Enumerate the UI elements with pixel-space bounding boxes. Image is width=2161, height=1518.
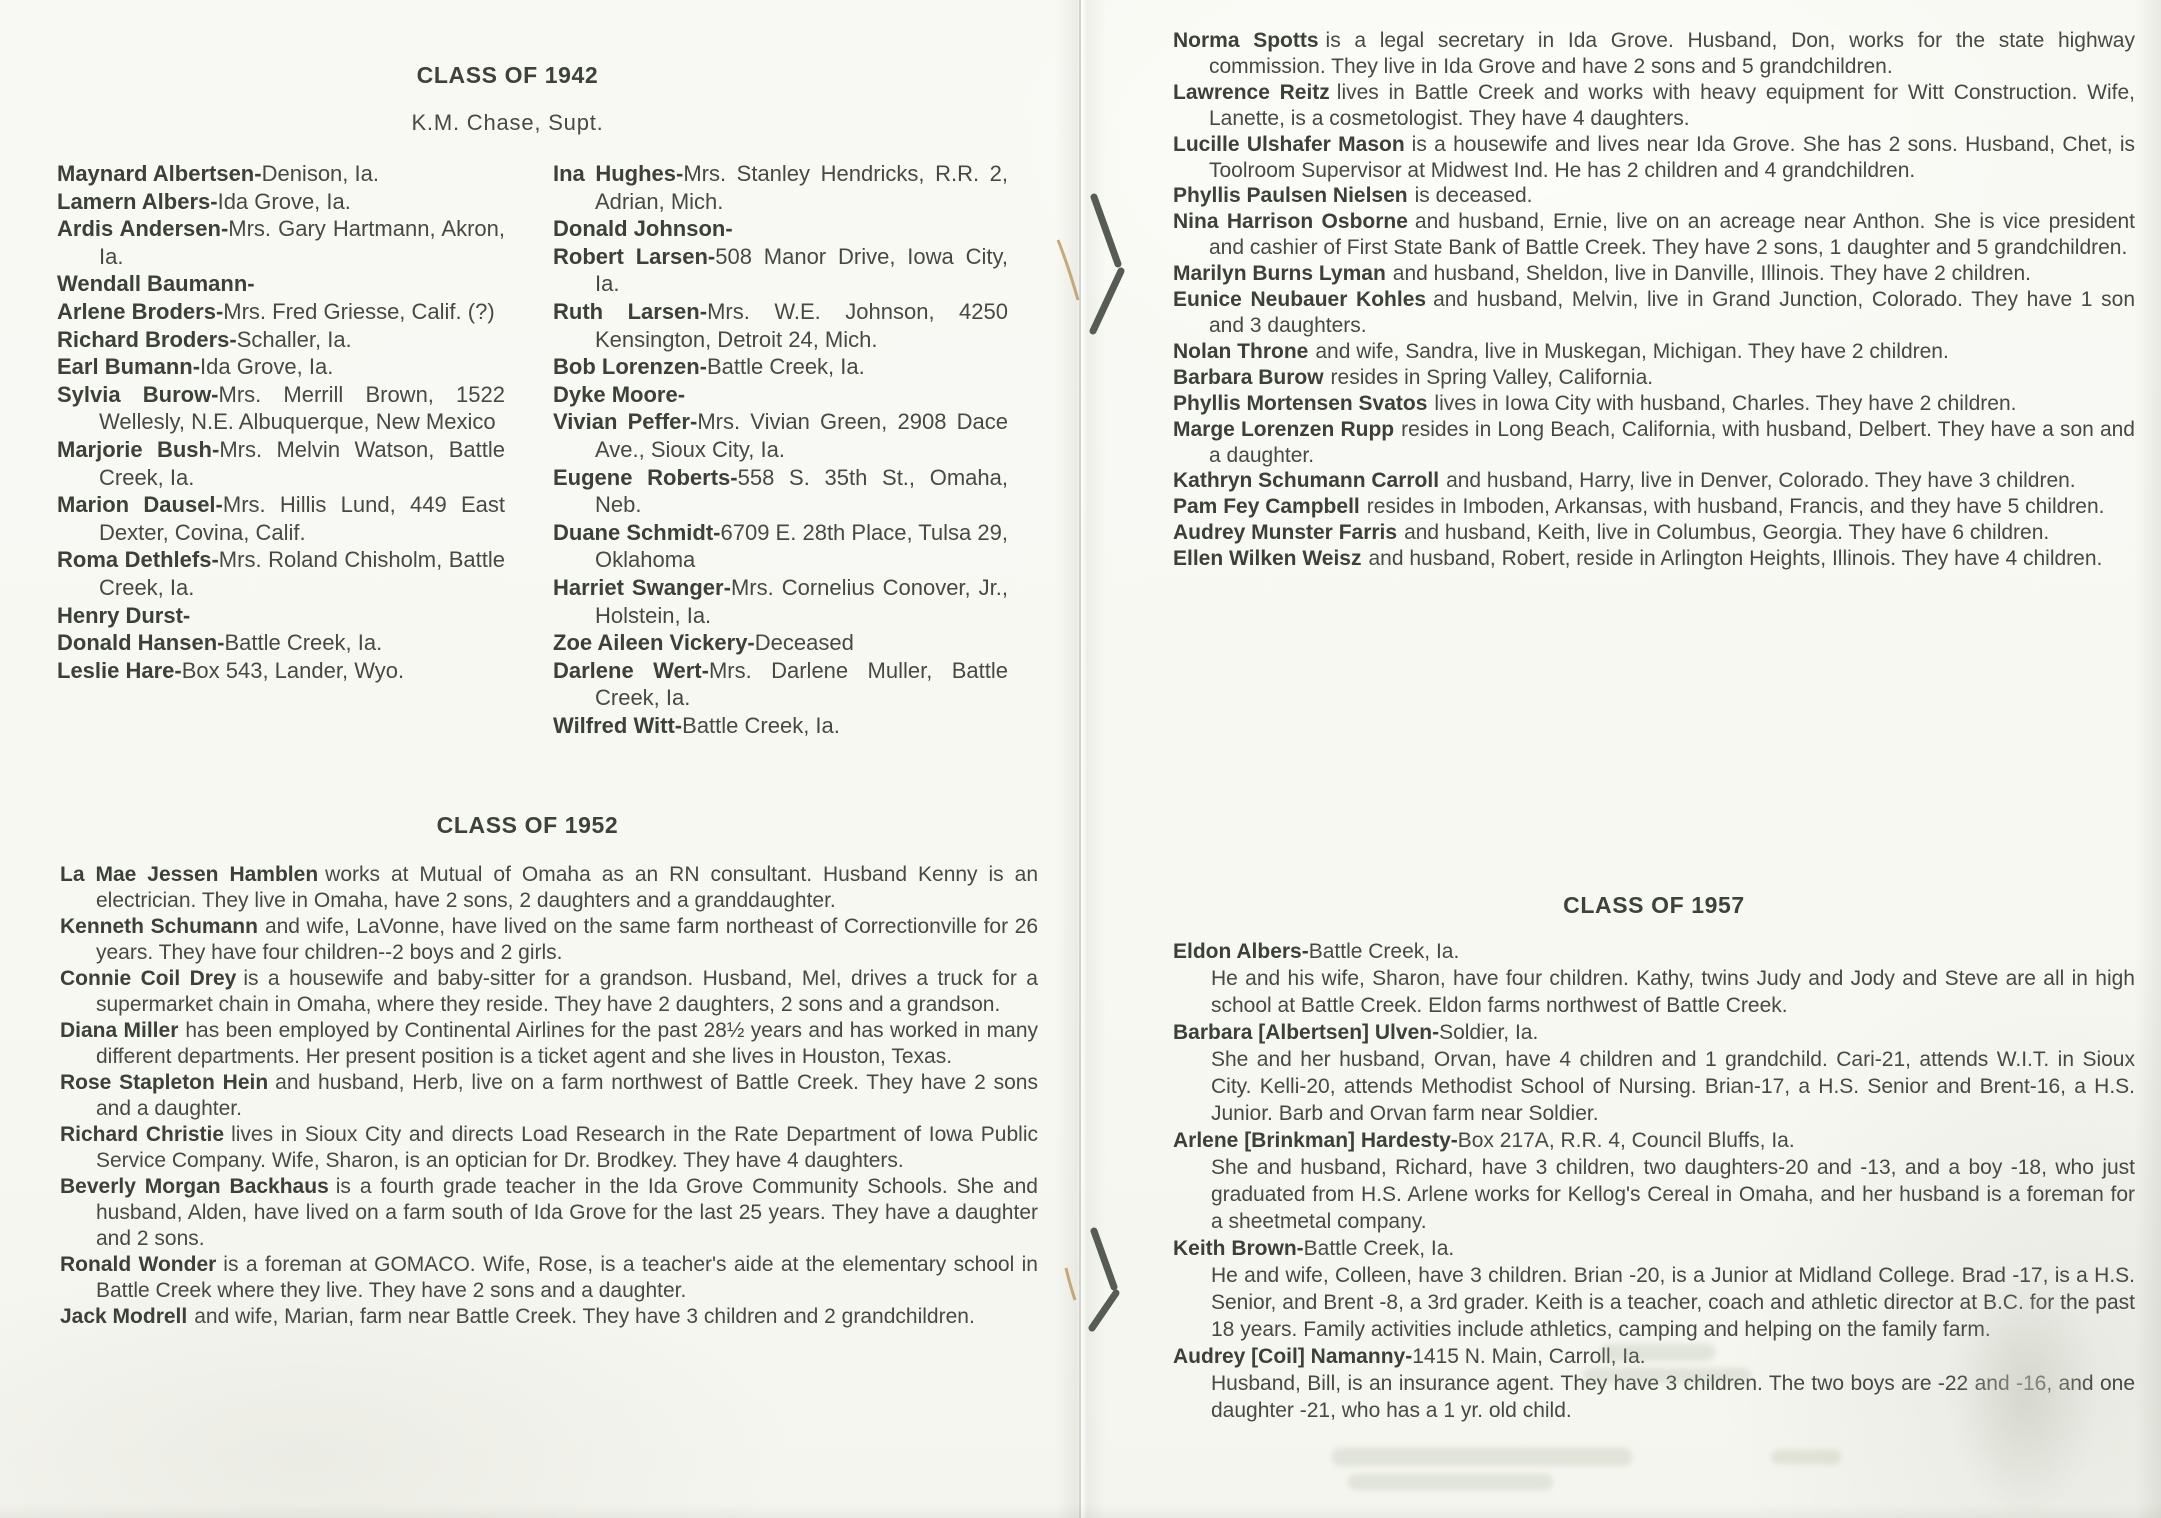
alumni-name: Richard Christie <box>60 1123 224 1146</box>
alumni-name: Arlene Broders- <box>57 299 223 324</box>
alumni-name: Ronald Wonder <box>60 1253 216 1276</box>
alumni-info: and husband, Robert, reside in Arlington… <box>1368 547 2102 570</box>
alumni-entry: Nina Harrison Osborneand husband, Ernie,… <box>1173 209 2135 261</box>
alumni-entry: Marjorie Bush-Mrs. Melvin Watson, Battle… <box>57 436 505 491</box>
alumni-entry: Roma Dethlefs-Mrs. Roland Chisholm, Batt… <box>57 546 505 601</box>
alumni-entry: Wendall Baumann- <box>57 270 505 298</box>
alumni-entry: Arlene Broders-Mrs. Fred Griesse, Calif.… <box>57 298 505 326</box>
alumni-entry: Maynard Albertsen-Denison, Ia. <box>57 160 505 188</box>
alumni-info: Battle Creek, Ia. <box>682 713 840 738</box>
alumni-entry: Harriet Swanger-Mrs. Cornelius Conover, … <box>553 574 1008 629</box>
alumni-entry: Wilfred Witt-Battle Creek, Ia. <box>553 712 1008 740</box>
alumni-entry: Earl Bumann-Ida Grove, Ia. <box>57 353 505 381</box>
alumni-info: Mrs. Fred Griesse, Calif. (?) <box>223 299 494 324</box>
alumni-name: Sylvia Burow- <box>57 382 219 407</box>
ghost-text-mark <box>1348 1474 1553 1490</box>
alumni-name: Harriet Swanger- <box>553 575 731 600</box>
page-edge-shade <box>2135 0 2161 1518</box>
alumni-name: Phyllis Paulsen Nielsen <box>1173 184 1408 207</box>
alumni-name: Donald Hansen- <box>57 630 224 655</box>
alumni-entry: Kathryn Schumann Carrolland husband, Har… <box>1173 468 2135 494</box>
alumni-entry: La Mae Jessen Hamblenworks at Mutual of … <box>60 862 1038 914</box>
alumni-name: Wendall Baumann- <box>57 271 255 296</box>
alumni-name: Phyllis Mortensen Svatos <box>1173 392 1427 415</box>
alumni-name: Beverly Morgan Backhaus <box>60 1175 329 1198</box>
alumni-name: Barbara Burow <box>1173 366 1324 389</box>
alumni-name: La Mae Jessen Hamblen <box>60 863 318 886</box>
alumni-name: Kathryn Schumann Carroll <box>1173 469 1439 492</box>
alumni-name: Eldon Albers- <box>1173 940 1309 963</box>
alumni-name: Arlene [Brinkman] Hardesty- <box>1173 1129 1458 1152</box>
superintendent-line: K.M. Chase, Supt. <box>55 110 960 136</box>
alumni-entry: Jack Modrelland wife, Marian, farm near … <box>60 1304 1038 1330</box>
class-1952-continued-list: Norma Spottsis a legal secretary in Ida … <box>1173 28 2135 572</box>
alumni-address: Box 217A, R.R. 4, Council Bluffs, Ia. <box>1458 1129 1795 1152</box>
alumni-name: Marion Dausel- <box>57 492 223 517</box>
alumni-name: Nolan Throne <box>1173 340 1308 363</box>
alumni-info: is a legal secretary in Ida Grove. Husba… <box>1209 29 2135 78</box>
alumni-entry: Donald Johnson- <box>553 215 1008 243</box>
alumni-name: Donald Johnson- <box>553 216 733 241</box>
alumni-entry: Lawrence Reitzlives in Battle Creek and … <box>1173 80 2135 132</box>
class-1952-heading: CLASS OF 1952 <box>60 812 995 839</box>
alumni-entry: Norma Spottsis a legal secretary in Ida … <box>1173 28 2135 80</box>
alumni-name: Jack Modrell <box>60 1305 187 1328</box>
alumni-name: Keith Brown- <box>1173 1237 1304 1260</box>
alumni-entry: Marilyn Burns Lymanand husband, Sheldon,… <box>1173 261 2135 287</box>
alumni-info: He and his wife, Sharon, have four child… <box>1211 965 2135 1019</box>
scanned-booklet-spread: CLASS OF 1942 K.M. Chase, Supt. Maynard … <box>0 0 2161 1518</box>
alumni-name: Eunice Neubauer Kohles <box>1173 288 1426 311</box>
page-edge-shade <box>0 1504 2161 1518</box>
alumni-entry: Ruth Larsen-Mrs. W.E. Johnson, 4250 Kens… <box>553 298 1008 353</box>
alumni-info: is a foreman at GOMACO. Wife, Rose, is a… <box>96 1253 1038 1302</box>
alumni-name: Robert Larsen- <box>553 244 715 269</box>
alumni-info: lives in Iowa City with husband, Charles… <box>1434 392 2016 415</box>
alumni-info: Denison, Ia. <box>262 161 379 186</box>
alumni-name: Maynard Albertsen- <box>57 161 262 186</box>
alumni-name: Duane Schmidt- <box>553 520 720 545</box>
alumni-name: Marge Lorenzen Rupp <box>1173 418 1394 441</box>
alumni-name: Bob Lorenzen- <box>553 354 707 379</box>
alumni-name: Ruth Larsen- <box>553 299 707 324</box>
alumni-name: Nina Harrison Osborne <box>1173 210 1408 233</box>
alumni-entry: Audrey Munster Farrisand husband, Keith,… <box>1173 520 2135 546</box>
alumni-entry: Richard Christielives in Sioux City and … <box>60 1122 1038 1174</box>
class-1942-column-2: Ina Hughes-Mrs. Stanley Hendricks, R.R. … <box>553 160 1008 739</box>
alumni-name: Marilyn Burns Lyman <box>1173 262 1386 285</box>
alumni-entry: Zoe Aileen Vickery-Deceased <box>553 629 1008 657</box>
alumni-name: Darlene Wert- <box>553 658 709 683</box>
alumni-entry: Kenneth Schumannand wife, LaVonne, have … <box>60 914 1038 966</box>
alumni-name: Earl Bumann- <box>57 354 200 379</box>
alumni-name: Roma Dethlefs- <box>57 547 219 572</box>
alumni-info: and husband, Keith, live in Columbus, Ge… <box>1404 521 2049 544</box>
alumni-info: resides in Spring Valley, California. <box>1331 366 1654 389</box>
alumni-entry: Rose Stapleton Heinand husband, Herb, li… <box>60 1070 1038 1122</box>
alumni-name: Ellen Wilken Weisz <box>1173 547 1361 570</box>
alumni-info: is a housewife and baby-sitter for a gra… <box>96 967 1038 1016</box>
alumni-entry: Phyllis Mortensen Svatoslives in Iowa Ci… <box>1173 391 2135 417</box>
alumni-info: Ida Grove, Ia. <box>200 354 333 379</box>
alumni-entry: Barbara [Albertsen] Ulven-Soldier, Ia. S… <box>1173 1019 2135 1127</box>
alumni-name: Norma Spotts <box>1173 29 1319 52</box>
alumni-entry: Vivian Peffer-Mrs. Vivian Green, 2908 Da… <box>553 408 1008 463</box>
class-1952-list: La Mae Jessen Hamblenworks at Mutual of … <box>60 862 1038 1330</box>
alumni-entry: Phyllis Paulsen Nielsenis deceased. <box>1173 183 2135 209</box>
alumni-entry: Eugene Roberts-558 S. 35th St., Omaha, N… <box>553 464 1008 519</box>
alumni-name: Connie Coil Drey <box>60 967 236 990</box>
alumni-entry: Ellen Wilken Weiszand husband, Robert, r… <box>1173 546 2135 572</box>
alumni-entry: Sylvia Burow-Mrs. Merrill Brown, 1522 We… <box>57 381 505 436</box>
ghost-text-mark <box>1583 1368 1751 1383</box>
alumni-entry: Darlene Wert-Mrs. Darlene Muller, Battle… <box>553 657 1008 712</box>
alumni-info: Schaller, Ia. <box>237 327 352 352</box>
alumni-info: is deceased. <box>1415 184 1533 207</box>
alumni-name: Ina Hughes- <box>553 161 683 186</box>
alumni-name: Lucille Ulshafer Mason <box>1173 133 1405 156</box>
alumni-name: Marjorie Bush- <box>57 437 219 462</box>
alumni-info: She and her husband, Orvan, have 4 child… <box>1211 1046 2135 1127</box>
alumni-name: Pam Fey Campbell <box>1173 495 1360 518</box>
alumni-name: Barbara [Albertsen] Ulven- <box>1173 1021 1439 1044</box>
alumni-name: Vivian Peffer- <box>553 409 697 434</box>
alumni-entry: Nolan Throneand wife, Sandra, live in Mu… <box>1173 339 2135 365</box>
page-left: CLASS OF 1942 K.M. Chase, Supt. Maynard … <box>0 0 1080 1518</box>
alumni-name: Lawrence Reitz <box>1173 81 1330 104</box>
alumni-entry: Dyke Moore- <box>553 381 1008 409</box>
alumni-entry: Marge Lorenzen Ruppresides in Long Beach… <box>1173 417 2135 469</box>
center-fold-line <box>1079 0 1081 1518</box>
alumni-name: Kenneth Schumann <box>60 915 258 938</box>
alumni-entry: Lucille Ulshafer Masonis a housewife and… <box>1173 132 2135 184</box>
alumni-name: Henry Durst- <box>57 603 190 628</box>
alumni-info: Deceased <box>755 630 854 655</box>
class-1942-column-1: Maynard Albertsen-Denison, Ia. Lamern Al… <box>57 160 505 684</box>
alumni-info: lives in Battle Creek and works with hea… <box>1209 81 2135 130</box>
alumni-address: Battle Creek, Ia. <box>1309 940 1460 963</box>
alumni-entry: Eldon Albers-Battle Creek, Ia. He and hi… <box>1173 938 2135 1019</box>
alumni-name: Rose Stapleton Hein <box>60 1071 268 1094</box>
class-1957-heading: CLASS OF 1957 <box>1173 892 2135 919</box>
alumni-name: Eugene Roberts- <box>553 465 738 490</box>
ghost-text-mark <box>1332 1448 1632 1466</box>
alumni-info: and husband, Sheldon, live in Danville, … <box>1393 262 2031 285</box>
alumni-info: Battle Creek, Ia. <box>707 354 865 379</box>
alumni-info: Battle Creek, Ia. <box>224 630 382 655</box>
alumni-name: Dyke Moore- <box>553 382 685 407</box>
alumni-entry: Eunice Neubauer Kohlesand husband, Melvi… <box>1173 287 2135 339</box>
alumni-info: and wife, Marian, farm near Battle Creek… <box>194 1305 975 1328</box>
alumni-name: Zoe Aileen Vickery- <box>553 630 755 655</box>
alumni-name: Ardis Andersen- <box>57 216 228 241</box>
alumni-entry: Barbara Burowresides in Spring Valley, C… <box>1173 365 2135 391</box>
alumni-entry: Leslie Hare-Box 543, Lander, Wyo. <box>57 657 505 685</box>
alumni-info: Ida Grove, Ia. <box>218 189 351 214</box>
alumni-entry: Ardis Andersen-Mrs. Gary Hartmann, Akron… <box>57 215 505 270</box>
alumni-entry: Duane Schmidt-6709 E. 28th Place, Tulsa … <box>553 519 1008 574</box>
alumni-name: Audrey Munster Farris <box>1173 521 1397 544</box>
alumni-entry: Donald Hansen-Battle Creek, Ia. <box>57 629 505 657</box>
alumni-entry: Robert Larsen-508 Manor Drive, Iowa City… <box>553 243 1008 298</box>
alumni-entry: Connie Coil Dreyis a housewife and baby-… <box>60 966 1038 1018</box>
alumni-info: and husband, Harry, live in Denver, Colo… <box>1446 469 2076 492</box>
alumni-info: She and husband, Richard, have 3 childre… <box>1211 1154 2135 1235</box>
alumni-entry: Lamern Albers-Ida Grove, Ia. <box>57 188 505 216</box>
alumni-address: Battle Creek, Ia. <box>1304 1237 1455 1260</box>
alumni-info: resides in Imboden, Arkansas, with husba… <box>1367 495 2105 518</box>
alumni-entry: Arlene [Brinkman] Hardesty-Box 217A, R.R… <box>1173 1127 2135 1235</box>
ghost-text-mark <box>1600 1344 1715 1361</box>
alumni-entry: Marion Dausel-Mrs. Hillis Lund, 449 East… <box>57 491 505 546</box>
alumni-info: Box 543, Lander, Wyo. <box>182 658 404 683</box>
alumni-entry: Diana Millerhas been employed by Contine… <box>60 1018 1038 1070</box>
alumni-name: Audrey [Coil] Namanny- <box>1173 1345 1412 1368</box>
alumni-name: Wilfred Witt- <box>553 713 682 738</box>
alumni-info: lives in Sioux City and directs Load Res… <box>96 1123 1038 1172</box>
alumni-entry: Ronald Wonderis a foreman at GOMACO. Wif… <box>60 1252 1038 1304</box>
alumni-entry: Richard Broders-Schaller, Ia. <box>57 326 505 354</box>
ghost-text-mark <box>1771 1450 1841 1464</box>
alumni-entry: Ina Hughes-Mrs. Stanley Hendricks, R.R. … <box>553 160 1008 215</box>
alumni-entry: Beverly Morgan Backhausis a fourth grade… <box>60 1174 1038 1252</box>
alumni-name: Richard Broders- <box>57 327 237 352</box>
alumni-info: has been employed by Continental Airline… <box>96 1019 1038 1068</box>
alumni-name: Leslie Hare- <box>57 658 182 683</box>
paper-smudge <box>1950 1270 2100 1518</box>
alumni-name: Lamern Albers- <box>57 189 218 214</box>
alumni-address: Soldier, Ia. <box>1439 1021 1538 1044</box>
alumni-entry: Bob Lorenzen-Battle Creek, Ia. <box>553 353 1008 381</box>
class-1942-heading: CLASS OF 1942 <box>55 62 960 89</box>
alumni-entry: Henry Durst- <box>57 602 505 630</box>
alumni-name: Diana Miller <box>60 1019 178 1042</box>
alumni-entry: Pam Fey Campbellresides in Imboden, Arka… <box>1173 494 2135 520</box>
center-fold <box>1056 0 1106 1518</box>
alumni-info: and wife, Sandra, live in Muskegan, Mich… <box>1315 340 1948 363</box>
